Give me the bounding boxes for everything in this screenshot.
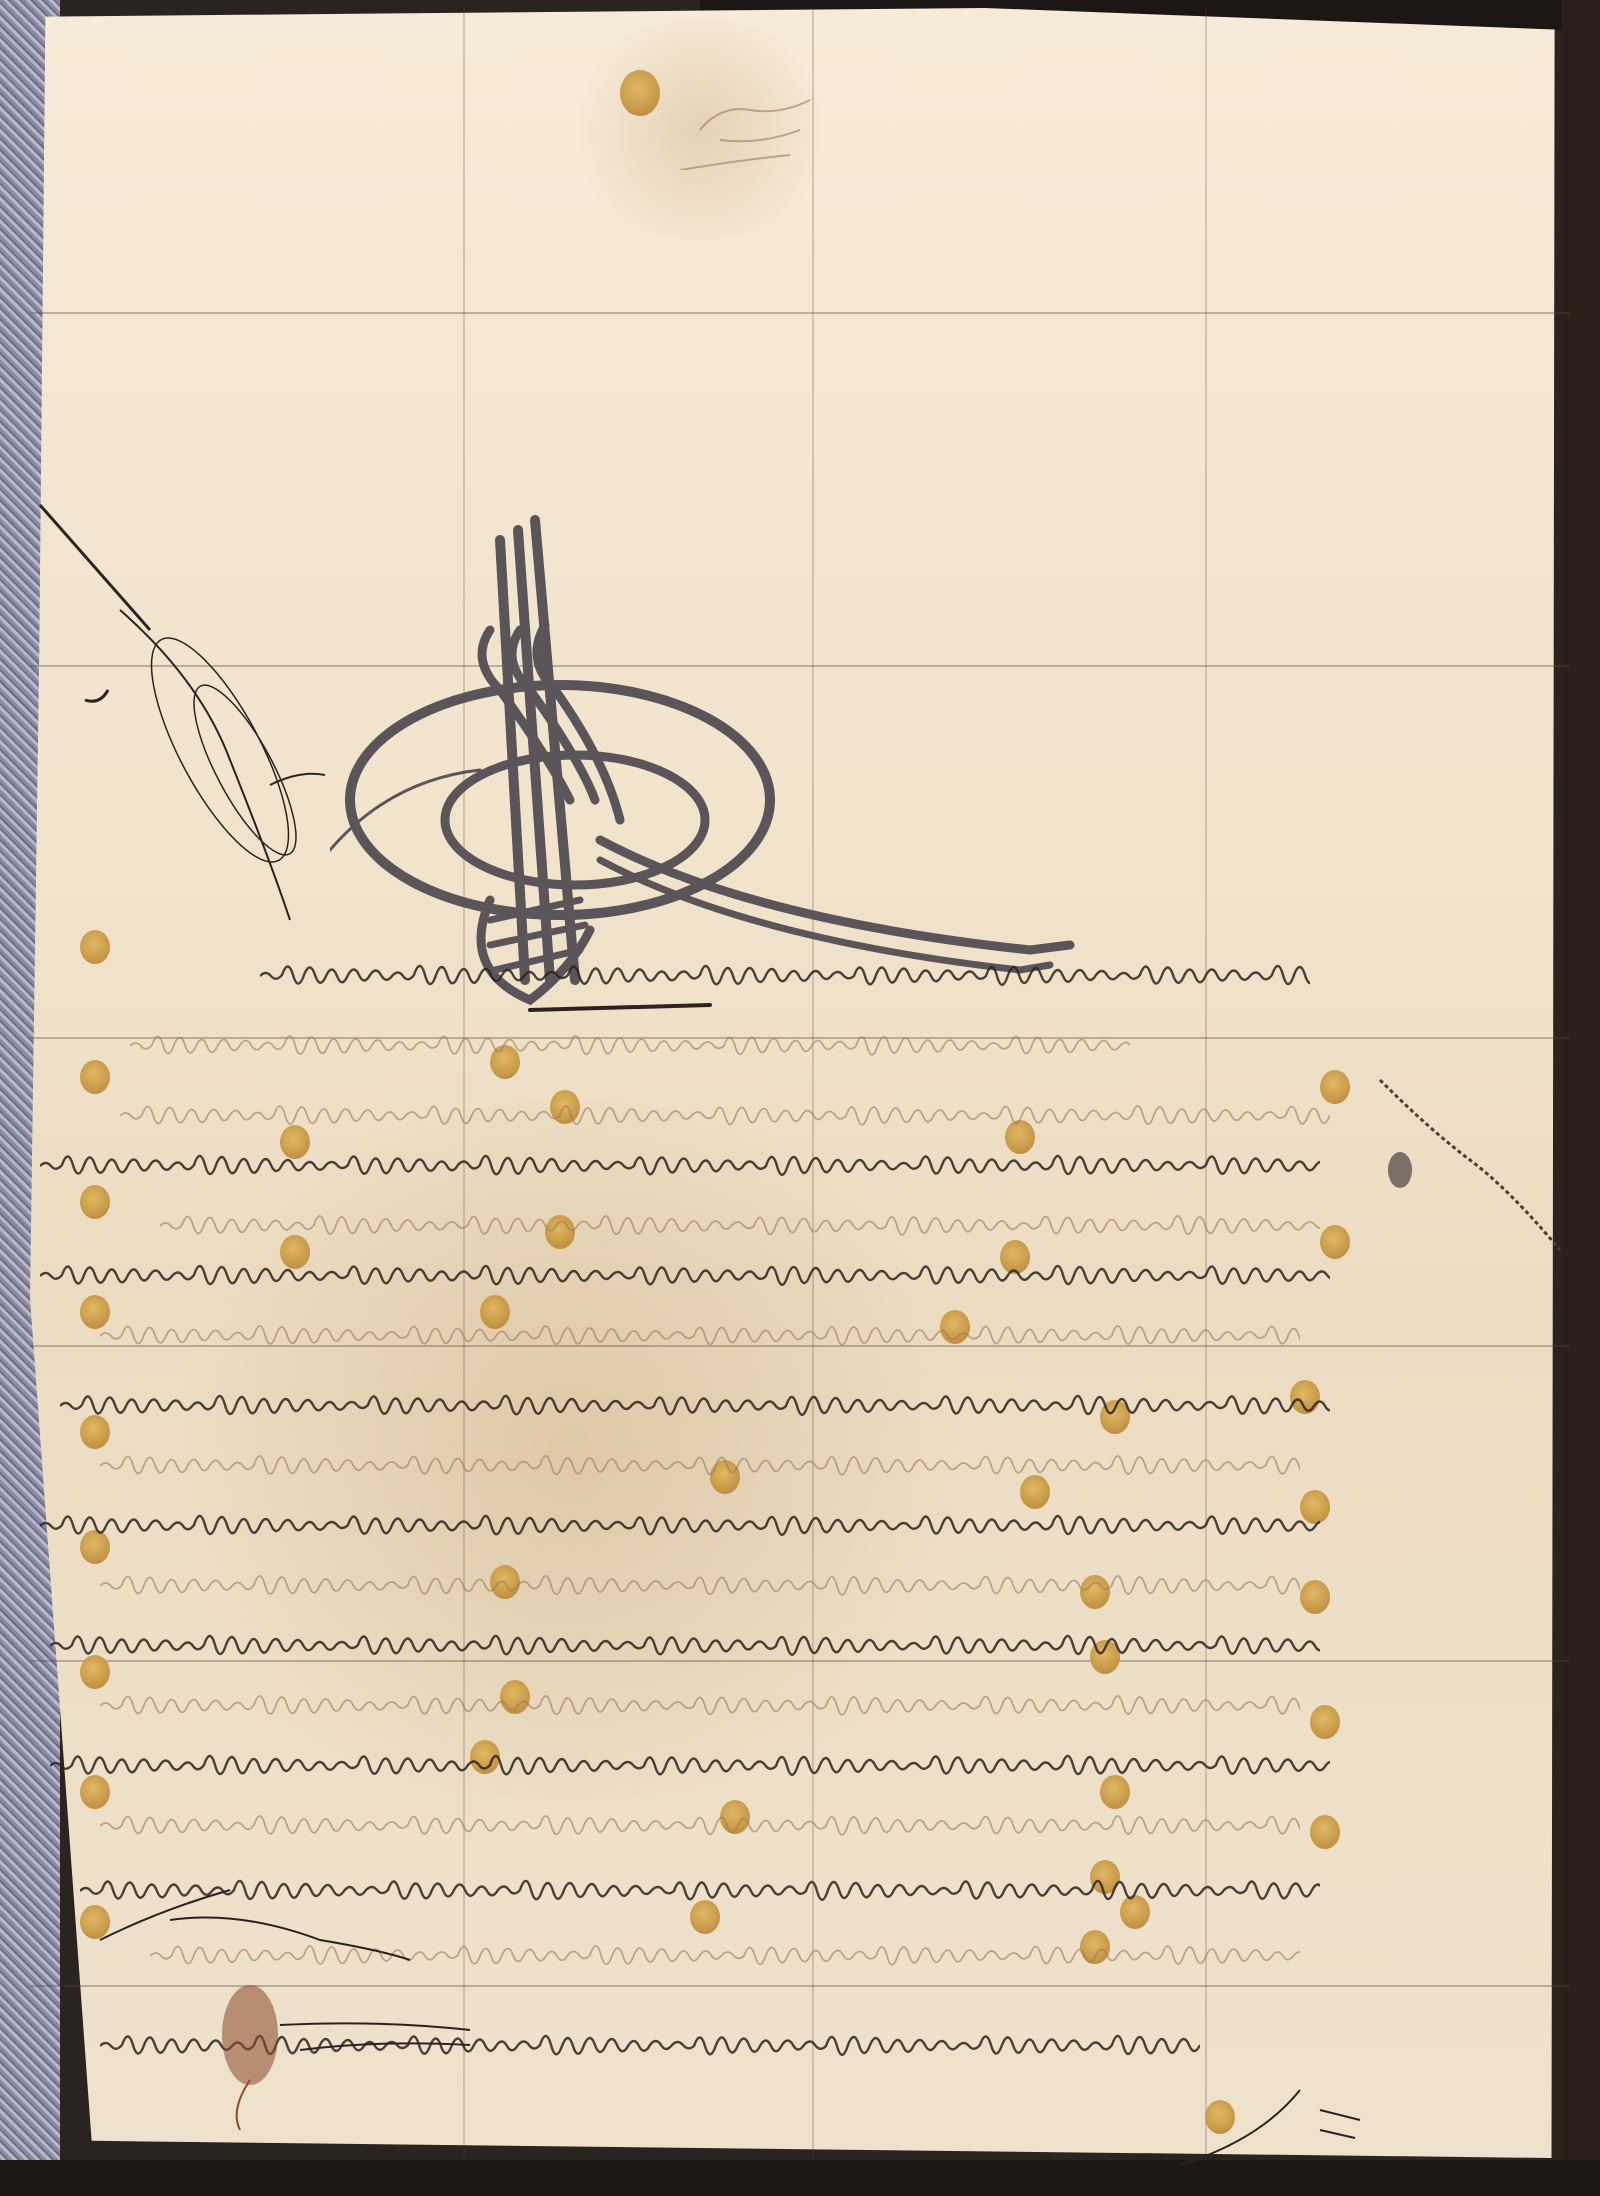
bottom-right-note bbox=[1170, 2070, 1370, 2170]
script-line bbox=[40, 1146, 1320, 1180]
gold-dot bbox=[1100, 1775, 1130, 1809]
gold-dot bbox=[620, 70, 660, 116]
gold-dot bbox=[80, 1775, 110, 1809]
gold-dot bbox=[80, 1415, 110, 1449]
script-line bbox=[50, 1746, 1330, 1780]
script-line bbox=[160, 1206, 1320, 1240]
script-line bbox=[120, 1096, 1330, 1130]
bottom-signature-seal bbox=[80, 1880, 480, 2130]
fold-line bbox=[30, 312, 1570, 314]
script-line bbox=[130, 1026, 1130, 1060]
script-line bbox=[100, 1686, 1300, 1720]
gold-dot bbox=[1300, 1580, 1330, 1614]
gold-dot bbox=[80, 1060, 110, 1094]
script-line bbox=[40, 1256, 1330, 1290]
gold-dot bbox=[80, 930, 110, 964]
tughra-monogram bbox=[330, 500, 1180, 1020]
gold-dot bbox=[1310, 1705, 1340, 1739]
left-margin-flourish bbox=[30, 500, 330, 1000]
gold-dot bbox=[1320, 1225, 1350, 1259]
right-margin-note bbox=[1370, 1070, 1570, 1270]
gold-dot bbox=[1020, 1475, 1050, 1509]
script-line bbox=[50, 1626, 1320, 1660]
gold-dot bbox=[1310, 1815, 1340, 1849]
script-line bbox=[60, 1386, 1330, 1420]
script-line bbox=[100, 1316, 1300, 1350]
script-line bbox=[100, 1806, 1300, 1840]
gold-dot bbox=[80, 1655, 110, 1689]
fold-line bbox=[30, 1660, 1570, 1662]
gold-dot bbox=[690, 1900, 720, 1934]
script-line bbox=[40, 1506, 1320, 1540]
script-line bbox=[100, 1446, 1300, 1480]
top-annotation bbox=[640, 60, 820, 170]
script-line bbox=[260, 956, 1310, 990]
gold-dot bbox=[80, 1185, 110, 1219]
script-line bbox=[100, 1566, 1300, 1600]
